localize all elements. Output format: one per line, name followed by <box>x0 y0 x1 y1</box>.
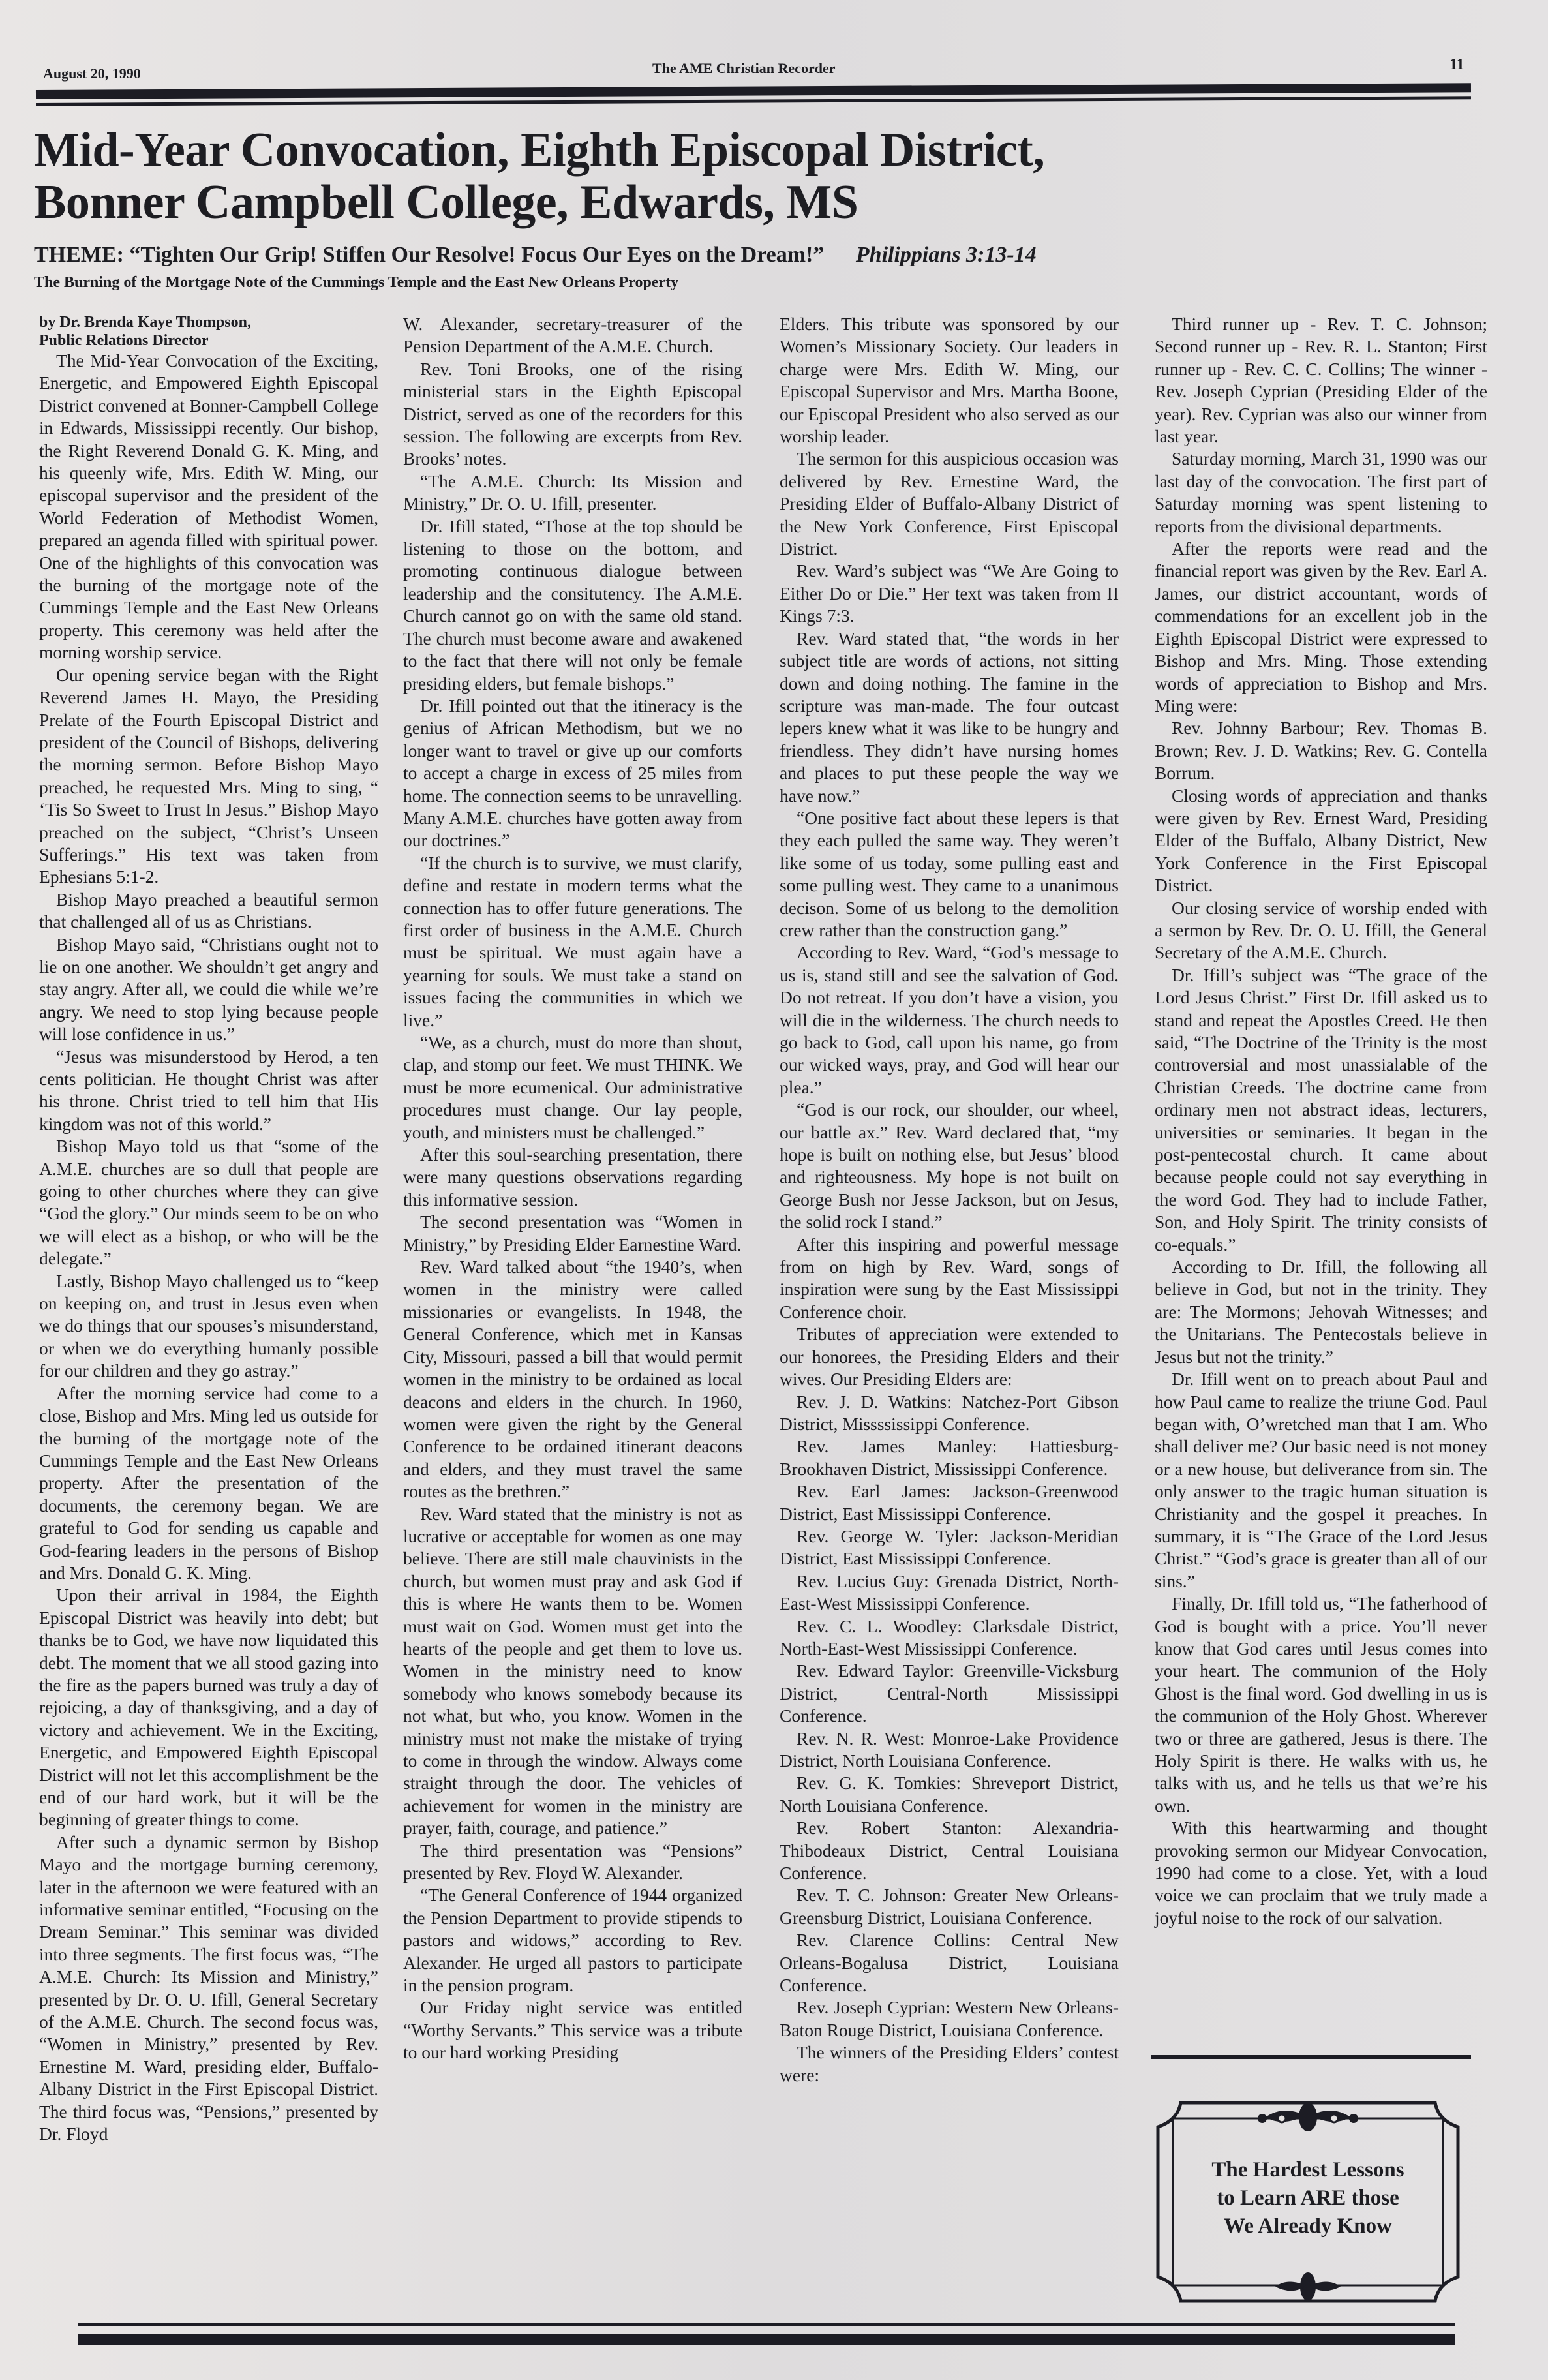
presiding-elder-entry: Rev. Lucius Guy: Grenada District, North… <box>780 1570 1119 1615</box>
paragraph: Finally, Dr. Ifill told us, “The fatherh… <box>1155 1593 1487 1817</box>
paragraph: Our Friday night service was entitled “W… <box>403 1996 742 2064</box>
presiding-elder-entry: Rev. Robert Stanton: Alexandria-Thibodea… <box>780 1817 1119 1884</box>
presiding-elder-entry: Rev. Joseph Cyprian: Western New Orleans… <box>780 1996 1119 2041</box>
paragraph: “We, as a church, must do more than shou… <box>403 1031 742 1144</box>
paragraph: W. Alexander, secretary-treasurer of the… <box>403 313 742 358</box>
paragraph: Our closing service of worship ended wit… <box>1155 897 1487 964</box>
paragraph: Bishop Mayo said, “Christians ought not … <box>39 934 378 1046</box>
presiding-elder-entry: Rev. James Manley: Hattiesburg-Brookhave… <box>780 1435 1119 1480</box>
paragraph: Rev. Ward stated that, “the words in her… <box>780 628 1119 807</box>
paragraph: With this heartwarming and thought provo… <box>1155 1817 1487 1929</box>
presiding-elder-entry: Rev. G. K. Tomkies: Shreveport District,… <box>780 1772 1119 1817</box>
paragraph: Tributes of appreciation were extended t… <box>780 1323 1119 1390</box>
headline-line-2: Bonner Campbell College, Edwards, MS <box>34 175 858 229</box>
presiding-elder-entry: Rev. Clarence Collins: Central New Orlea… <box>780 1929 1119 1996</box>
column-divider-rule <box>1151 2055 1471 2059</box>
paragraph: The sermon for this auspicious occasion … <box>780 448 1119 560</box>
presiding-elder-entry: Rev. T. C. Johnson: Greater New Orleans-… <box>780 1884 1119 1929</box>
paragraph: After this soul-searching presentation, … <box>403 1144 742 1211</box>
paragraph: Dr. Ifill went on to preach about Paul a… <box>1155 1368 1487 1593</box>
paragraph: After the morning service had come to a … <box>39 1382 378 1585</box>
paragraph: “The General Conference of 1944 organize… <box>403 1884 742 1996</box>
paragraph: Upon their arrival in 1984, the Eighth E… <box>39 1584 378 1831</box>
presiding-elder-entry: Rev. J. D. Watkins: Natchez-Port Gibson … <box>780 1391 1119 1436</box>
paragraph: Rev. Johnny Barbour; Rev. Thomas B. Brow… <box>1155 717 1487 784</box>
paragraph: Dr. Ifill pointed out that the itineracy… <box>403 695 742 852</box>
presiding-elder-entry: Rev. N. R. West: Monroe-Lake Providence … <box>780 1728 1119 1773</box>
paragraph: The Mid-Year Convocation of the Exciting… <box>39 350 378 664</box>
byline-author: by Dr. Brenda Kaye Thompson, <box>39 313 378 331</box>
paragraph: “If the church is to survive, we must cl… <box>403 852 742 1031</box>
theme-scripture: Philippians 3:13-14 <box>856 243 1037 267</box>
presiding-elder-entry: Rev. Edward Taylor: Greenville-Vicksburg… <box>780 1660 1119 1727</box>
paragraph: “God is our rock, our shoulder, our whee… <box>780 1099 1119 1233</box>
paragraph: Rev. Ward stated that the ministry is no… <box>403 1503 742 1840</box>
article-theme: THEME: “Tighten Our Grip! Stiffen Our Re… <box>34 243 1037 267</box>
paragraph: “Jesus was misunderstood by Herod, a ten… <box>39 1046 378 1136</box>
paragraph: Elders. This tribute was sponsored by ou… <box>780 313 1119 448</box>
issue-date: August 20, 1990 <box>43 65 141 82</box>
footer-rule-thick <box>78 2334 1455 2345</box>
publication-name: The AME Christian Recorder <box>652 60 835 77</box>
paragraph: Bishop Mayo preached a beautiful sermon … <box>39 889 378 934</box>
byline-title: Public Relations Director <box>39 331 378 350</box>
boxout-line-3: We Already Know <box>1148 2212 1468 2240</box>
paragraph: Rev. Toni Brooks, one of the rising mini… <box>403 358 742 470</box>
paragraph: The winners of the Presiding Elders’ con… <box>780 2041 1119 2086</box>
paragraph: Our opening service began with the Right… <box>39 664 378 889</box>
paragraph: “One positive fact about these lepers is… <box>780 807 1119 941</box>
paragraph: Closing words of appreciation and thanks… <box>1155 785 1487 897</box>
paragraph: Dr. Ifill stated, “Those at the top shou… <box>403 515 742 695</box>
theme-text: THEME: “Tighten Our Grip! Stiffen Our Re… <box>34 243 824 267</box>
boxout-line-2: to Learn ARE those <box>1148 2184 1468 2212</box>
paragraph: The second presentation was “Women in Mi… <box>403 1211 742 1256</box>
paragraph: After such a dynamic sermon by Bishop Ma… <box>39 1831 378 2146</box>
presiding-elder-entry: Rev. Earl James: Jackson-Greenwood Distr… <box>780 1480 1119 1525</box>
article-column-4: Third runner up - Rev. T. C. Johnson; Se… <box>1155 313 1487 1929</box>
paragraph: After the reports were read and the fina… <box>1155 538 1487 717</box>
quote-boxout: The Hardest Lessons to Learn ARE those W… <box>1148 2098 1468 2306</box>
article-subhead: The Burning of the Mortgage Note of the … <box>34 274 678 292</box>
paragraph: Third runner up - Rev. T. C. Johnson; Se… <box>1155 313 1487 448</box>
article-headline: Mid-Year Convocation, Eighth Episcopal D… <box>34 124 1143 228</box>
headline-line-1: Mid-Year Convocation, Eighth Episcopal D… <box>34 123 1044 177</box>
paragraph: Saturday morning, March 31, 1990 was our… <box>1155 448 1487 538</box>
presiding-elder-entry: Rev. C. L. Woodley: Clarksdale District,… <box>780 1615 1119 1660</box>
paragraph: Bishop Mayo told us that “some of the A.… <box>39 1135 378 1270</box>
paragraph: Rev. Ward’s subject was “We Are Going to… <box>780 560 1119 627</box>
paragraph: “The A.M.E. Church: Its Mission and Mini… <box>403 470 742 515</box>
newspaper-page: August 20, 1990 The AME Christian Record… <box>0 0 1548 2380</box>
boxout-line-1: The Hardest Lessons <box>1148 2156 1468 2184</box>
footer-rule-thin <box>78 2323 1455 2326</box>
presiding-elder-entry: Rev. George W. Tyler: Jackson-Meridian D… <box>780 1525 1119 1570</box>
paragraph: Lastly, Bishop Mayo challenged us to “ke… <box>39 1270 378 1382</box>
page-number: 11 <box>1449 56 1465 74</box>
paragraph: According to Rev. Ward, “God’s message t… <box>780 941 1119 1099</box>
paragraph: Rev. Ward talked about “the 1940’s, when… <box>403 1256 742 1503</box>
paragraph: After this inspiring and powerful messag… <box>780 1234 1119 1324</box>
boxout-text: The Hardest Lessons to Learn ARE those W… <box>1148 2156 1468 2240</box>
article-column-1: by Dr. Brenda Kaye Thompson, Public Rela… <box>39 313 378 2146</box>
paragraph: Dr. Ifill’s subject was “The grace of th… <box>1155 964 1487 1256</box>
paragraph: The third presentation was “Pensions” pr… <box>403 1840 742 1885</box>
article-column-2: W. Alexander, secretary-treasurer of the… <box>403 313 742 2064</box>
article-column-3: Elders. This tribute was sponsored by ou… <box>780 313 1119 2086</box>
paragraph: According to Dr. Ifill, the following al… <box>1155 1256 1487 1368</box>
